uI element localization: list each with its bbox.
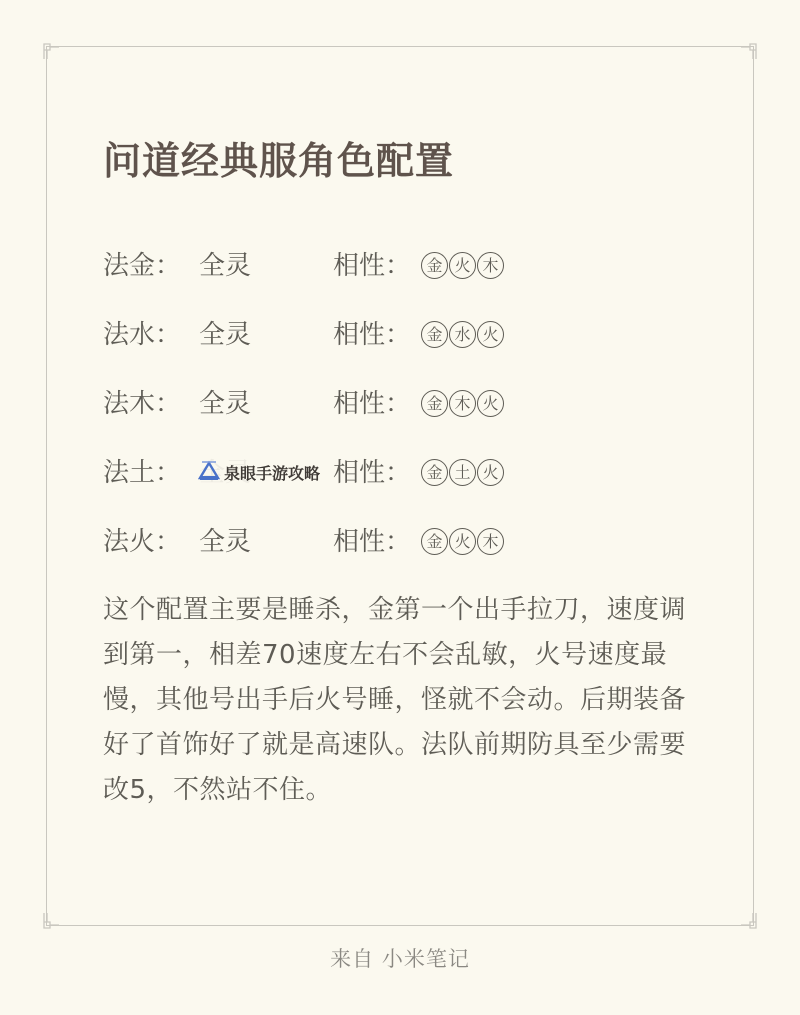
role-type: 全灵: [199, 246, 251, 286]
corner-ornament-icon: [43, 43, 59, 59]
affinity-badges: 金 火 木: [421, 522, 504, 555]
role-label: 法金：: [103, 246, 181, 286]
role-type: 全灵: [199, 522, 251, 562]
affinity-label: 相性：: [333, 522, 411, 562]
affinity-badge: 金: [421, 390, 448, 417]
role-label: 法水：: [103, 315, 181, 355]
role-label: 法火：: [103, 522, 181, 562]
affinity-badges: 金 木 火: [421, 384, 504, 417]
affinity-badge: 火: [477, 390, 504, 417]
watermark: 泉眼手游攻略: [198, 458, 320, 486]
affinity-badges: 金 水 火: [421, 315, 504, 348]
page-title: 问道经典服角色配置: [103, 130, 454, 185]
corner-ornament-icon: [741, 43, 757, 59]
role-type: 全灵: [199, 384, 251, 424]
corner-ornament-icon: [741, 913, 757, 929]
affinity-label: 相性：: [333, 315, 411, 355]
affinity-badge: 火: [477, 321, 504, 348]
affinity-badge: 木: [449, 390, 476, 417]
affinity-badges: 金 土 火: [421, 453, 504, 486]
affinity-badge: 金: [421, 528, 448, 555]
affinity-badge: 金: [421, 252, 448, 279]
affinity-label: 相性：: [333, 453, 411, 493]
watermark-text: 泉眼手游攻略: [224, 461, 320, 484]
role-type: 全灵: [199, 315, 251, 355]
affinity-badges: 金 火 木: [421, 246, 504, 279]
affinity-badge: 火: [477, 459, 504, 486]
affinity-badge: 金: [421, 459, 448, 486]
affinity-label: 相性：: [333, 246, 411, 286]
affinity-badge: 水: [449, 321, 476, 348]
affinity-badge: 火: [449, 252, 476, 279]
source-footer: 来自 小米笔记: [0, 943, 800, 973]
corner-ornament-icon: [43, 913, 59, 929]
role-label: 法土：: [103, 453, 181, 493]
affinity-badge: 金: [421, 321, 448, 348]
affinity-badge: 土: [449, 459, 476, 486]
affinity-badge: 木: [477, 528, 504, 555]
affinity-label: 相性：: [333, 384, 411, 424]
role-label: 法木：: [103, 384, 181, 424]
description-paragraph: 这个配置主要是睡杀，金第一个出手拉刀，速度调到第一，相差70速度左右不会乱敏，火…: [103, 588, 703, 813]
affinity-badge: 木: [477, 252, 504, 279]
triangle-logo-icon: [198, 460, 220, 484]
affinity-badge: 火: [449, 528, 476, 555]
